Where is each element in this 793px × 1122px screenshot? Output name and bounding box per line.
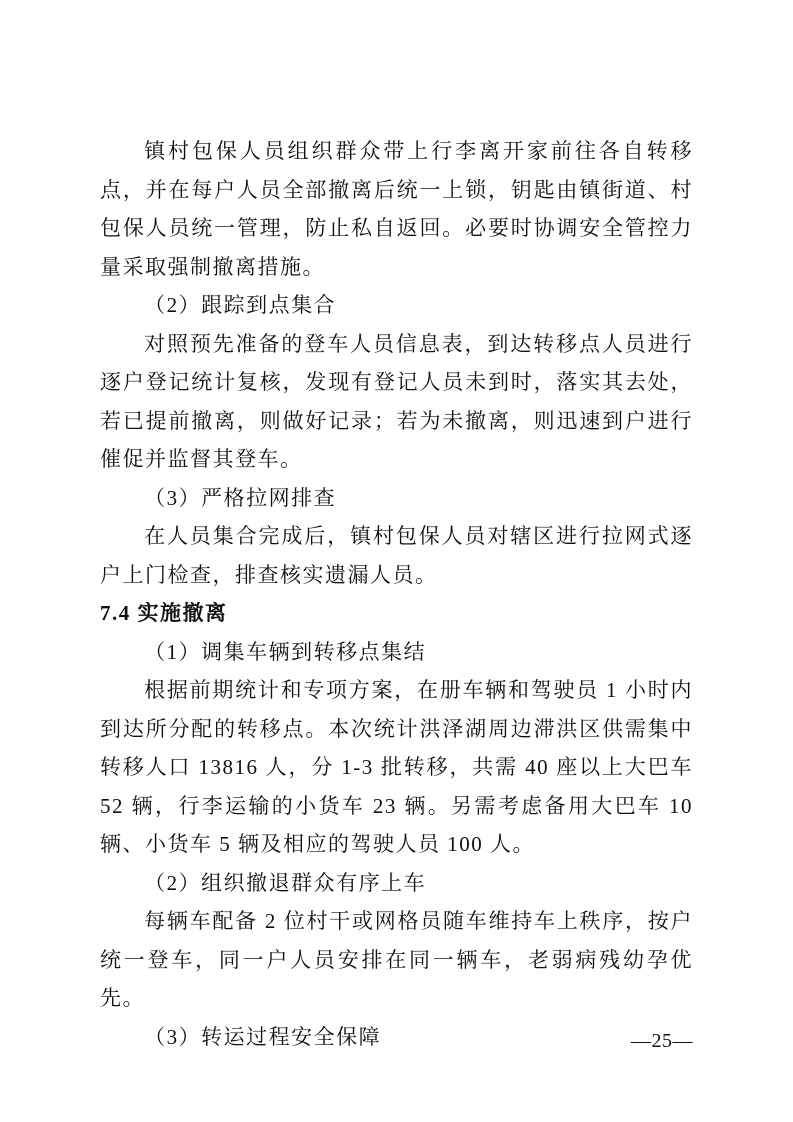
paragraph-roster-check: 对照预先准备的登车人员信息表，到达转移点人员进行逐户登记统计复核，发现有登记人员… [100,325,693,479]
document-content: 镇村包保人员组织群众带上行李离开家前往各自转移点，并在每户人员全部撤离后统一上锁… [100,132,693,1056]
section-heading-7-4-implement-evacuation: 7.4 实施撤离 [100,594,693,633]
paragraph-boarding-arrangement: 每辆车配备 2 位村干或网格员随车维持车上秩序，按户统一登车，同一户人员安排在同… [100,902,693,1018]
page-number: —25— [631,1030,693,1053]
paragraph-lockup-after-evacuation: 镇村包保人员组织群众带上行李离开家前往各自转移点，并在每户人员全部撤离后统一上锁… [100,132,693,286]
document-page: 镇村包保人员组织群众带上行李离开家前往各自转移点，并在每户人员全部撤离后统一上锁… [0,0,793,1122]
subheading-transit-safety: （3）转运过程安全保障 [100,1018,693,1057]
paragraph-door-to-door-check: 在人员集合完成后，镇村包保人员对辖区进行拉网式逐户上门检查，排查核实遗漏人员。 [100,517,693,594]
paragraph-vehicle-statistics: 根据前期统计和专项方案，在册车辆和驾驶员 1 小时内到达所分配的转移点。本次统计… [100,671,693,864]
subheading-track-to-assembly-point: （2）跟踪到点集合 [100,286,693,325]
subheading-orderly-boarding: （2）组织撤退群众有序上车 [100,864,693,903]
subheading-dispatch-vehicles: （1）调集车辆到转移点集结 [100,633,693,672]
subheading-strict-dragnet-inspection: （3）严格拉网排查 [100,479,693,518]
